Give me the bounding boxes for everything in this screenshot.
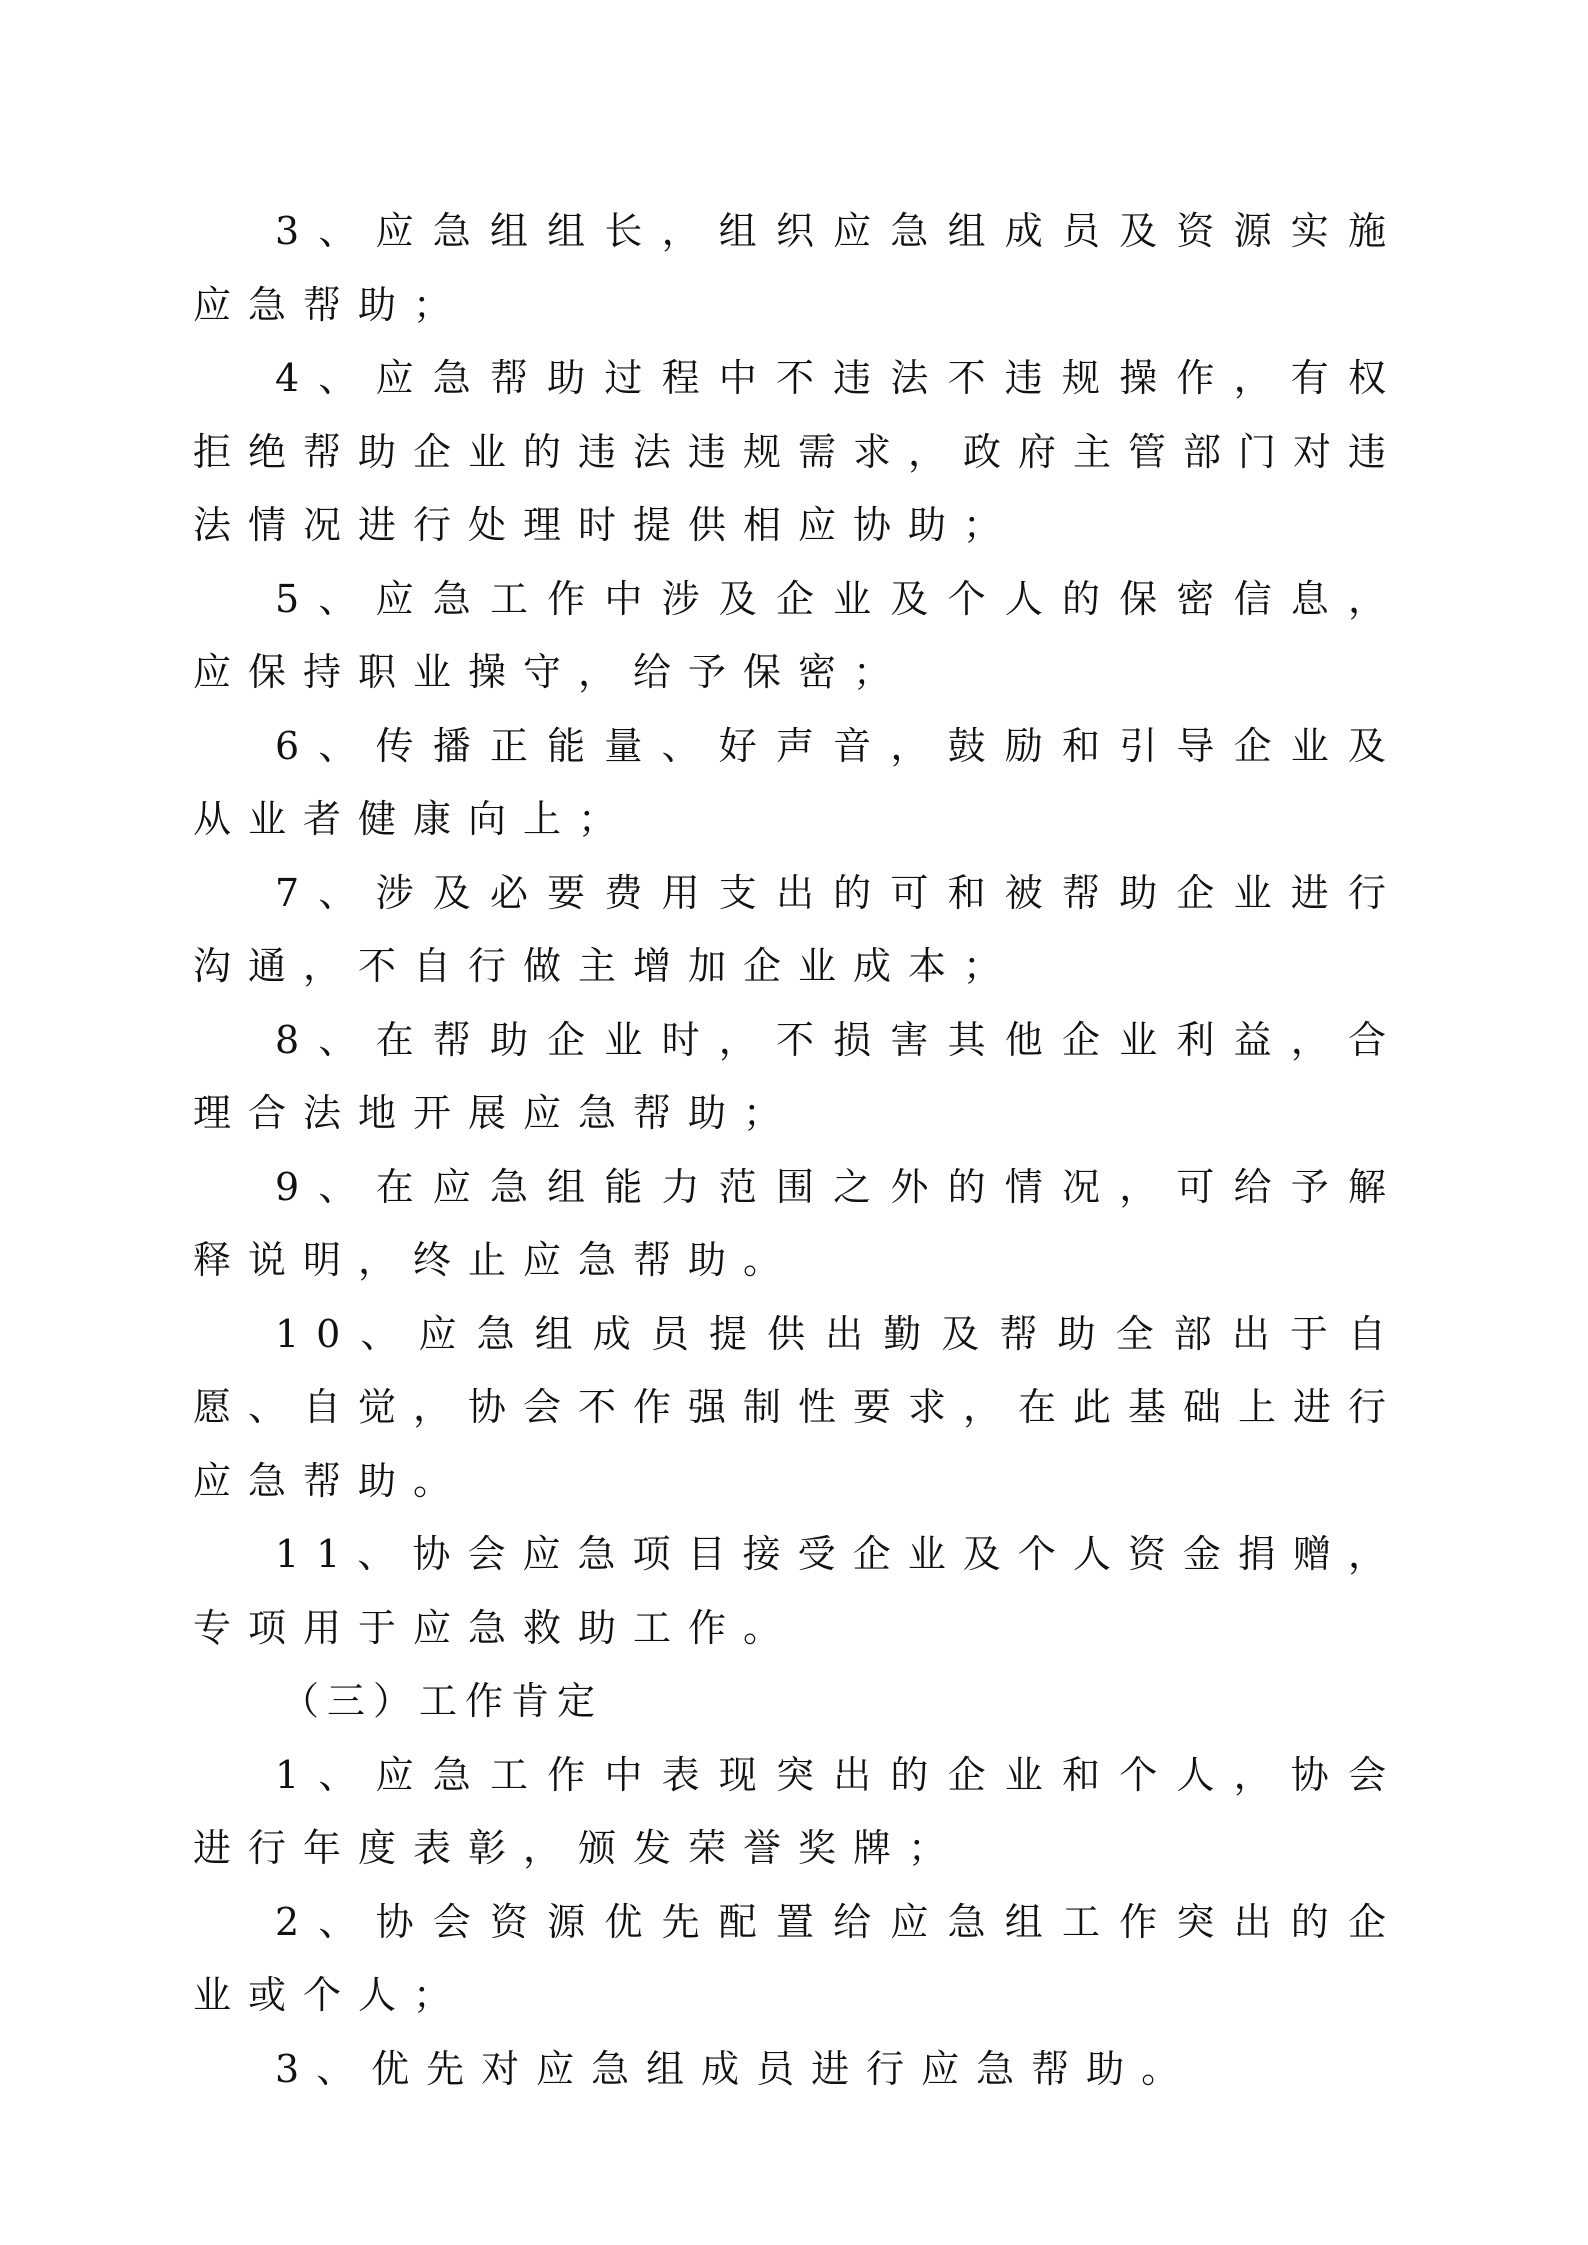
document-page: 3、应急组组长，组织应急组成员及资源实施应急帮助； 4、应急帮助过程中不违法不违… — [193, 195, 1403, 2106]
list-item: 1、应急工作中表现突出的企业和个人，协会进行年度表彰，颁发荣誉奖牌； — [193, 1739, 1403, 1886]
list-item: 5、应急工作中涉及企业及个人的保密信息，应保持职业操守，给予保密； — [193, 563, 1403, 710]
list-item: 10、应急组成员提供出勤及帮助全部出于自愿、自觉，协会不作强制性要求，在此基础上… — [193, 1298, 1403, 1519]
list-item: 9、在应急组能力范围之外的情况，可给予解释说明，终止应急帮助。 — [193, 1151, 1403, 1298]
list-item: 8、在帮助企业时，不损害其他企业利益，合理合法地开展应急帮助； — [193, 1004, 1403, 1151]
list-item: 3、应急组组长，组织应急组成员及资源实施应急帮助； — [193, 195, 1403, 342]
list-item: 3、优先对应急组成员进行应急帮助。 — [193, 2033, 1403, 2107]
list-item: 11、协会应急项目接受企业及个人资金捐赠，专项用于应急救助工作。 — [193, 1518, 1403, 1665]
section-heading: （三）工作肯定 — [193, 1665, 1403, 1739]
list-item: 2、协会资源优先配置给应急组工作突出的企业或个人； — [193, 1886, 1403, 2033]
list-item: 4、应急帮助过程中不违法不违规操作，有权拒绝帮助企业的违法违规需求，政府主管部门… — [193, 342, 1403, 563]
list-item: 7、涉及必要费用支出的可和被帮助企业进行沟通，不自行做主增加企业成本； — [193, 857, 1403, 1004]
list-item: 6、传播正能量、好声音，鼓励和引导企业及从业者健康向上； — [193, 710, 1403, 857]
